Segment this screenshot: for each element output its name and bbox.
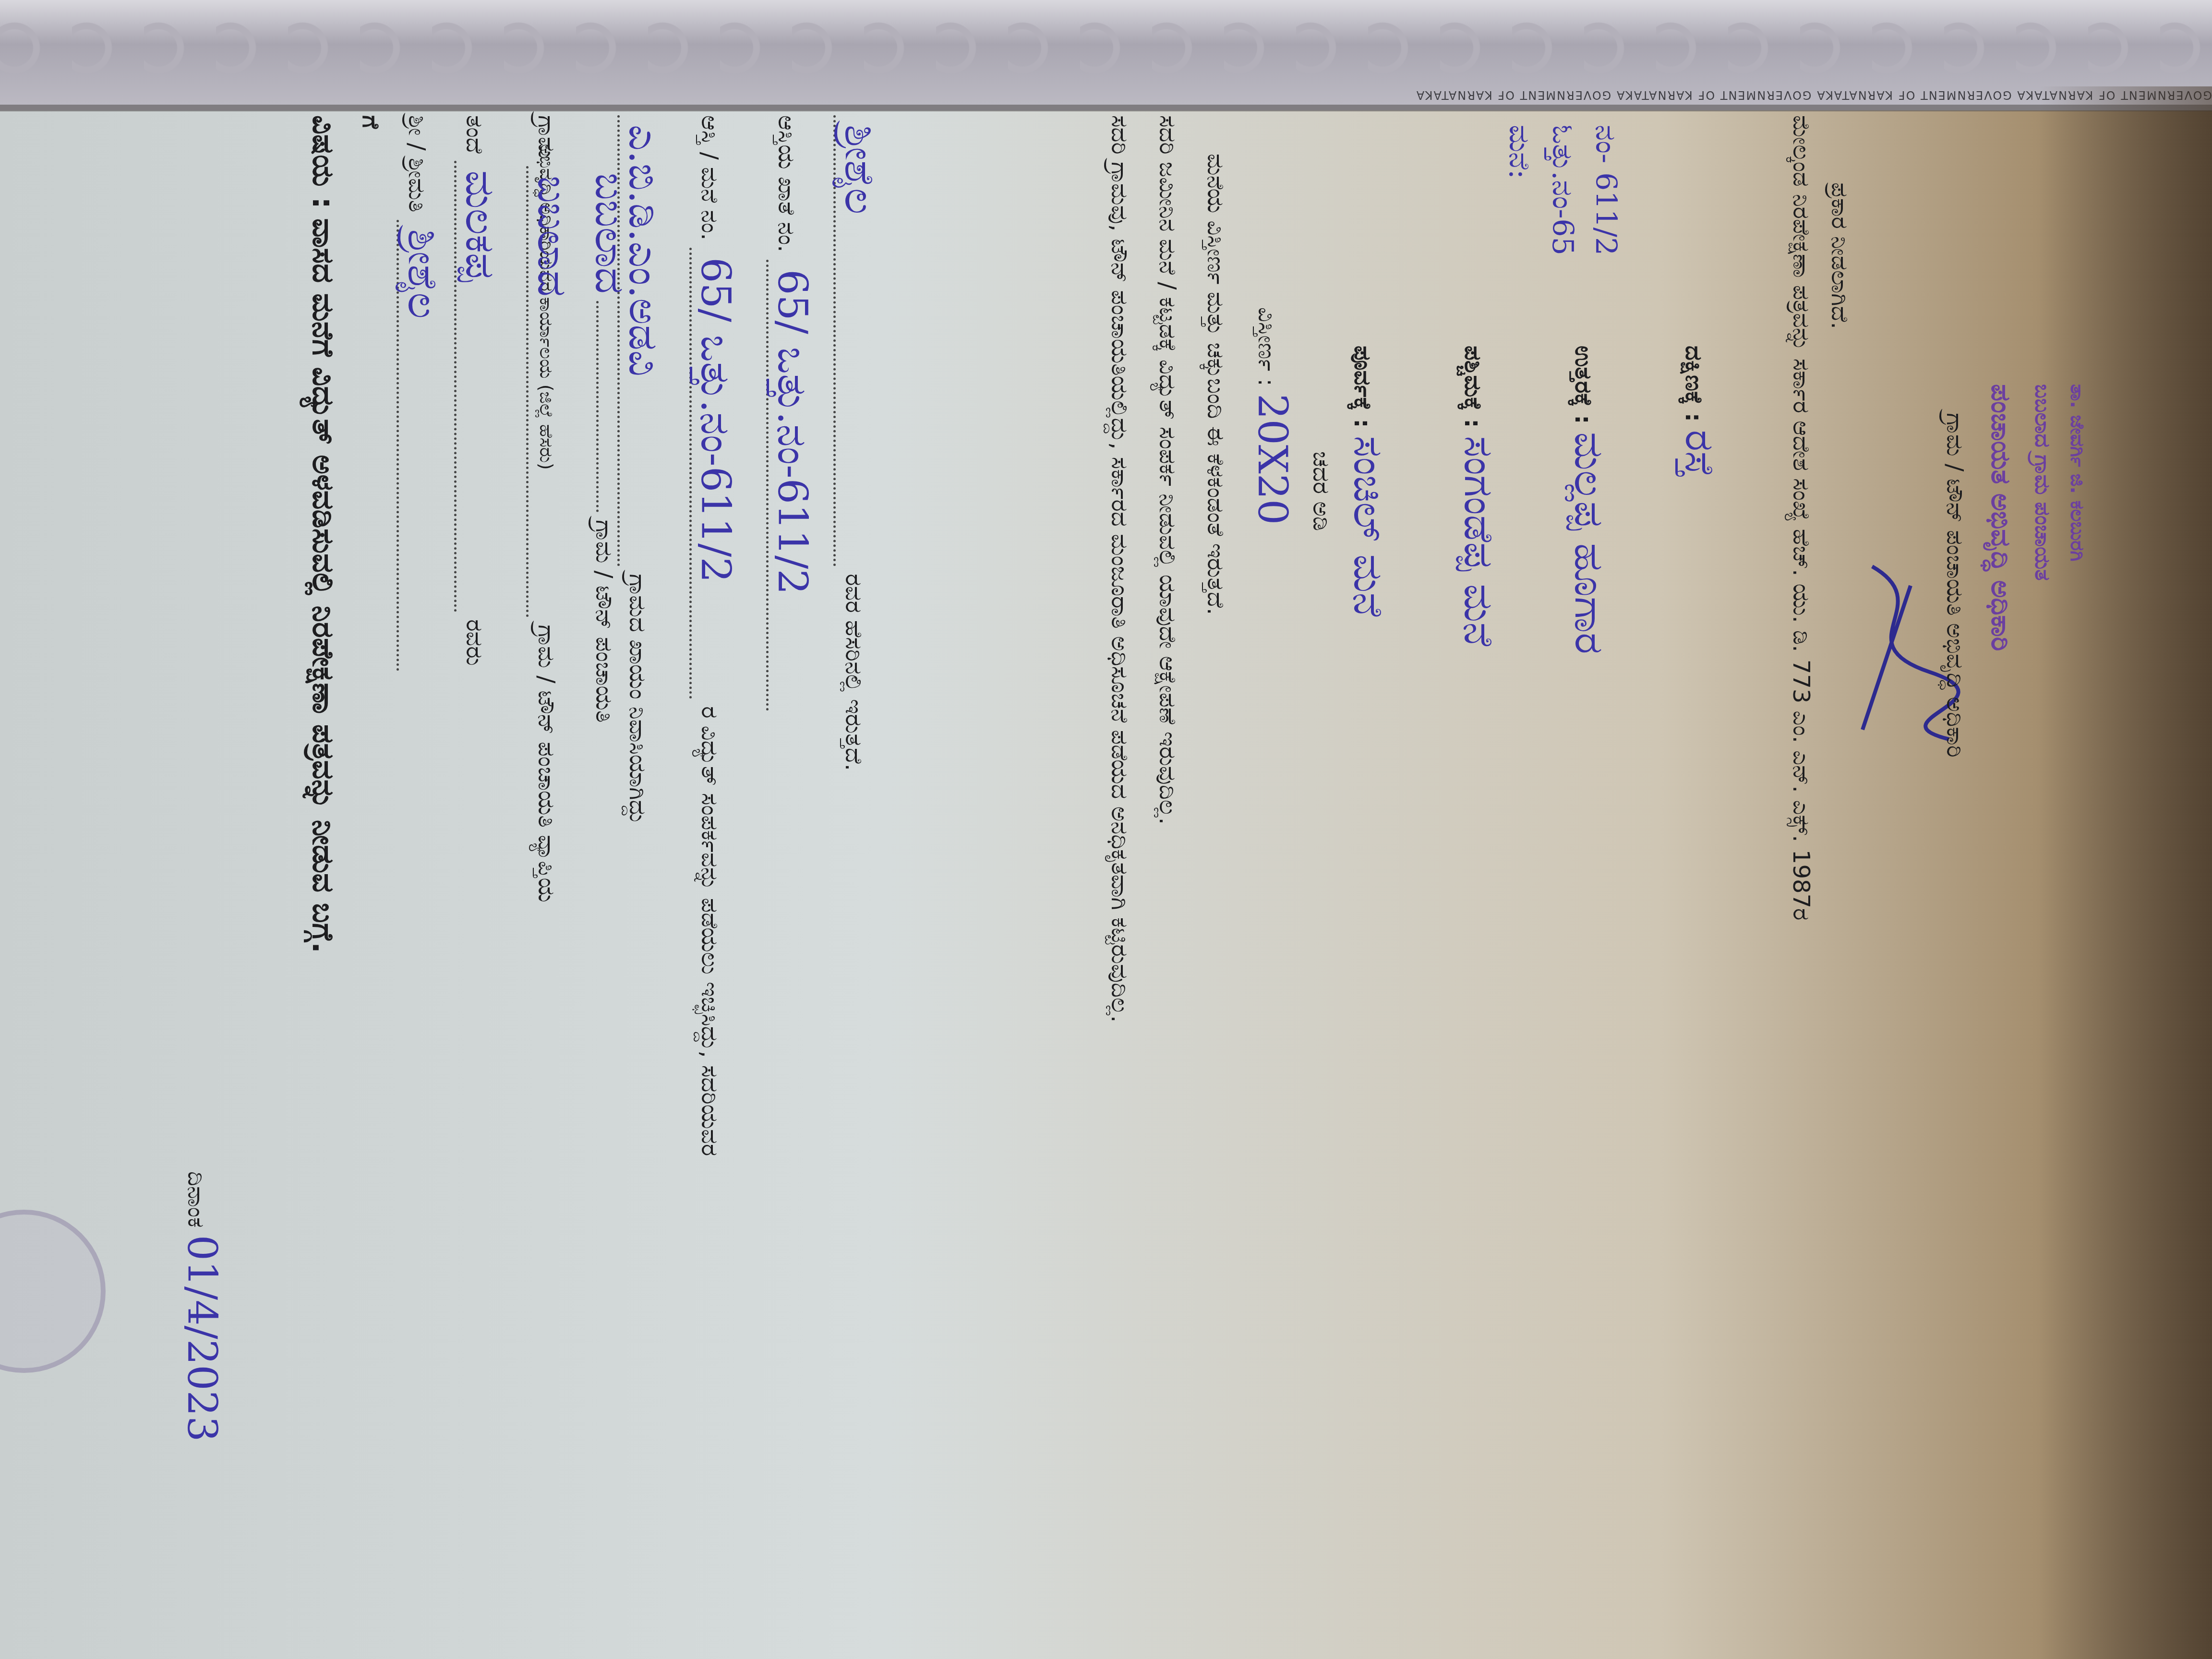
field-row: ತಂದೆ ಮಲಕಪ್ಪ ರವರು xyxy=(454,115,504,666)
area-value: 20X20 xyxy=(1249,394,1296,525)
date-label: ದಿನಾಂಕ xyxy=(182,1171,209,1228)
seal-stamp-icon xyxy=(0,1210,106,1373)
to-label: ಗೆ xyxy=(357,115,384,129)
field-value: ಎ.ಬಿ.ಡಿ.ಎಂ.ಅಡವಿ xyxy=(617,115,667,566)
field-row: ಶ್ರೀಶೈಲ ರವರ ಹೆಸರಿನಲ್ಲಿ ಇರುತ್ತದೆ. xyxy=(833,115,883,771)
field-suffix: ಗ್ರಾಮದ ಖಾಯಂ ನಿವಾಸಿಯಾಗಿದ್ದು xyxy=(624,566,651,824)
subject-label: ವಿಷಯ : xyxy=(306,115,341,209)
footer-text: ಮೇಲ್ಕಂಡ ನಿರಪೇಕ್ಷಣಾ ಪತ್ರವನ್ನು ಸರ್ಕಾರ ಆದೇಶ… xyxy=(1787,115,1815,920)
field-value: ಶ್ರೀಶೈಲ xyxy=(397,220,446,671)
area-label: ವಿಸ್ತೀರ್ಣ : xyxy=(1253,307,1280,386)
boundary-value: ಸಂಚಿಲ್ ಮನೆ xyxy=(1345,436,1392,617)
field-value: 65/ ಒತ್ತು.ನಂ-611/2 xyxy=(689,248,739,699)
date-line: ದಿನಾಂಕ 01/4/2023 xyxy=(179,1171,226,1442)
field-suffix: ಗ್ರಾಮ / ಟೌನ್ ಪಂಚಾಯತಿ ವ್ಯಾಪ್ತಿಯ xyxy=(533,617,560,902)
field-value: ಶ್ರೀಶೈಲ xyxy=(833,115,883,566)
field-label: ಶ್ರೀ / ಶ್ರೀಮತಿ xyxy=(403,115,430,220)
field-label: ತಂದೆ xyxy=(461,115,488,161)
field-value: ಬಬಲಾದ xyxy=(526,166,576,617)
side-note-line: ಓತ್ತು.ನಂ-65 xyxy=(1546,125,1579,255)
subject-text: ವಾಸದ ಮನೆಗೆ ವಿದ್ಯುತ್ ಅಳವಡಿಸುವಲ್ಲಿ ನಿರಪೇಕ್… xyxy=(306,218,341,953)
para-3: ಮನೆಯ ವಿಸ್ತೀರ್ಣ ಮತ್ತು ಚಕ್ಕುಬಂದಿ ಈ ಕೆಳಕಂಡಂ… xyxy=(1202,154,1229,615)
boundary-label: ಪೂರ್ವಕ್ಕೆ : xyxy=(1349,346,1376,436)
footer-text-2: ಪ್ರಕಾರ ನೀಡಲಾಗಿದೆ. xyxy=(1826,182,1853,329)
security-border-text: GOVERNMENT OF KARNATAKA GOVERNMENT OF KA… xyxy=(288,88,2212,102)
date-value: 01/4/2023 xyxy=(179,1235,226,1442)
field-value: 65/ ಒತ್ತು.ನಂ-611/2 xyxy=(766,260,816,711)
field-label: ಆಸ್ತಿ / ಮನೆ ನಂ. xyxy=(696,115,723,248)
field-row: ಗ್ರಾಮ ಬಬಲಾದ ಗ್ರಾಮ / ಟೌನ್ ಪಂಚಾಯತಿ ವ್ಯಾಪ್ತ… xyxy=(526,115,576,902)
field-label: ಆಸ್ತಿಯ ಖಾತೆ ನಂ. xyxy=(773,115,800,260)
area-unit: ಚದರ ಅಡಿ xyxy=(1307,451,1334,531)
field-suffix: ರ ವಿದ್ಯುತ್ ಸಂಪರ್ಕವನ್ನು ಪಡೆಯಲು ಇಚ್ಛಿಸಿದ್ದ… xyxy=(696,699,723,1156)
field-row: ಆಸ್ತಿ / ಮನೆ ನಂ. 65/ ಒತ್ತು.ನಂ-611/2 ರ ವಿದ… xyxy=(689,115,739,1156)
field-suffix: ರವರ ಹೆಸರಿನಲ್ಲಿ ಇರುತ್ತದೆ. xyxy=(840,566,867,771)
side-note-line: ನಂ- 611/2 xyxy=(1589,125,1623,255)
boundary-value: ಸಂಗಂಡೆಪ್ಪ ಮನೆ xyxy=(1455,436,1503,646)
signature-caption: ಗ್ರಾಮ / ಟೌನ್ ಪಂಚಾಯತಿ ಅಭಿವೃದ್ಧಿ ಅಧಿಕಾರಿ xyxy=(1941,413,1968,757)
field-row: ಆಸ್ತಿಯ ಖಾತೆ ನಂ. 65/ ಒತ್ತು.ನಂ-611/2 xyxy=(766,115,816,711)
boundary-row: ಪೂರ್ವಕ್ಕೆ : ಸಂಚಿಲ್ ಮನೆ xyxy=(1345,346,1392,617)
para-1: ಸದರಿ ಗ್ರಾಮವು, ಟೌನ್ ಪಂಚಾಯತಿಯಲ್ಲಿದ್ದು, ಸರ್… xyxy=(1106,115,1133,1022)
field-label: ಗ್ರಾಮ xyxy=(533,115,560,166)
boundary-row: ಉತ್ತರಕ್ಕೆ : ಮಲ್ಲಪ್ಪ ಹೂಗಾರ xyxy=(1565,346,1613,654)
para-2: ಸದರಿ ಜಮೀನಿನ ಮನೆ / ಕಟ್ಟಡಕ್ಕೆ ವಿದ್ಯುತ್ ಸಂಪ… xyxy=(1154,115,1181,825)
security-border: GOVERNMENT OF KARNATAKA GOVERNMENT OF KA… xyxy=(0,0,2212,110)
gp-name-prefix: ಗ್ರಾಮ / ಟೌನ್ ಪಂಚಾಯತಿ xyxy=(590,520,617,723)
boundary-row: ಪಶ್ಚಿಮಕ್ಕೆ : ಸಂಗಂಡೆಪ್ಪ ಮನೆ xyxy=(1455,346,1503,646)
boundary-row: ದಕ್ಷಿಣಕ್ಕೆ : ರಸ್ತೆ xyxy=(1676,346,1723,478)
subject-line: ವಿಷಯ : ವಾಸದ ಮನೆಗೆ ವಿದ್ಯುತ್ ಅಳವಡಿಸುವಲ್ಲಿ … xyxy=(305,115,341,953)
field-value: ಮಲಕಪ್ಪ xyxy=(454,161,504,612)
field-row: ಎ.ಬಿ.ಡಿ.ಎಂ.ಅಡವಿ ಗ್ರಾಮದ ಖಾಯಂ ನಿವಾಸಿಯಾಗಿದ್… xyxy=(617,115,667,824)
stamp-line-3: ತಾ. ಜೇವರ್ಗಿ ಜಿ. ಕಲಬುರಗಿ xyxy=(2066,384,2088,561)
boundary-value: ರಸ್ತೆ xyxy=(1676,430,1723,478)
boundary-label: ಪಶ್ಚಿಮಕ್ಕೆ : xyxy=(1459,346,1486,436)
stamp-line-1: ಪಂಚಾಯತ ಅಭಿವೃದ್ಧಿ ಅಧಿಕಾರಿ xyxy=(1984,384,2016,651)
stamp-line-2: ಬಬಲಾದ ಗ್ರಾಮ ಪಂಚಾಯತ xyxy=(2030,384,2055,581)
side-note-line: ಮನೆ: xyxy=(1503,125,1536,179)
boundary-value: ಮಲ್ಲಪ್ಪ ಹೂಗಾರ xyxy=(1566,432,1613,654)
area-line: ವಿಸ್ತೀರ್ಣ : 20X20 xyxy=(1249,307,1296,525)
field-row: ಶ್ರೀ / ಶ್ರೀಮತಿ ಶ್ರೀಶೈಲ xyxy=(397,115,446,671)
field-suffix: ರವರು xyxy=(461,612,488,666)
certificate-document: ಬಬಲಾದ ಗ್ರಾಮ / ಟೌನ್ ಪಂಚಾಯತಿ ಅಭಿವೃದ್ಧಿ ಅಧಿ… xyxy=(96,115,2112,1651)
paper-edge xyxy=(0,105,2212,111)
boundary-label: ಉತ್ತರಕ್ಕೆ : xyxy=(1570,346,1597,432)
boundary-label: ದಕ್ಷಿಣಕ್ಕೆ : xyxy=(1680,346,1707,430)
